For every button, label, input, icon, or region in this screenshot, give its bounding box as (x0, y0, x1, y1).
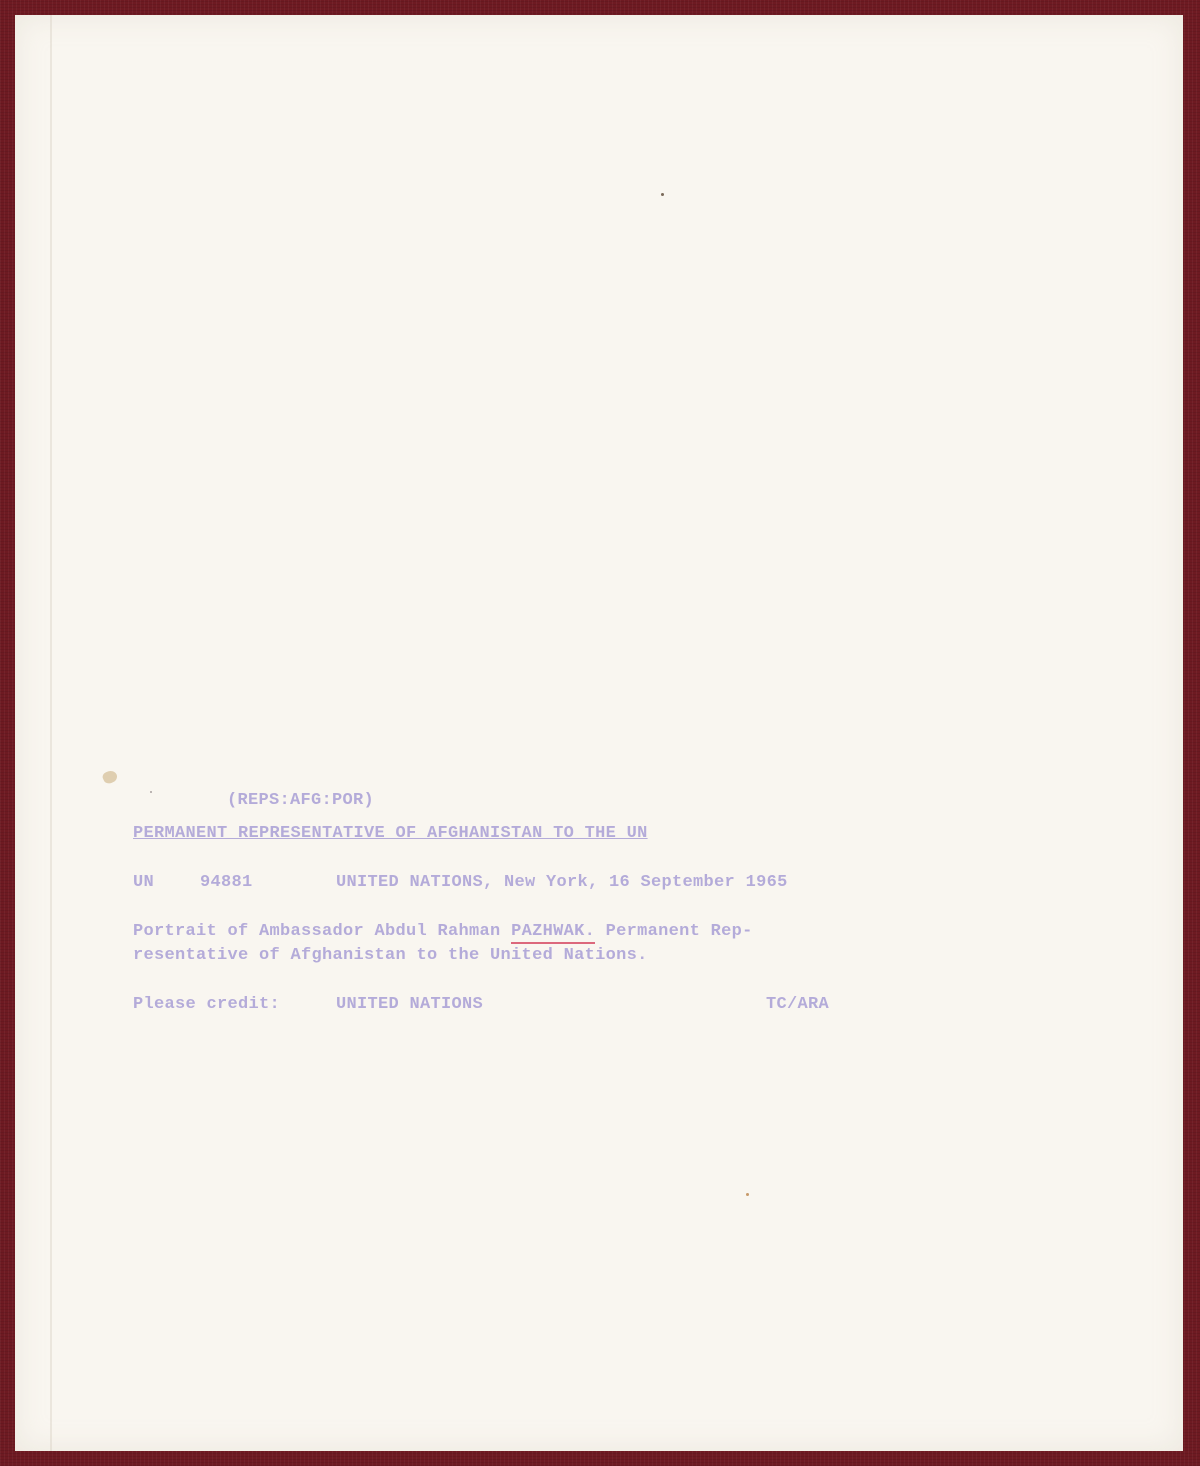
agency-label: UN (133, 873, 154, 892)
caption-text: Portrait of Ambassador Abdul Rahman (133, 922, 511, 941)
photo-back-paper (15, 15, 1183, 1451)
paper-stain (101, 769, 119, 786)
typist-initials: TC/ARA (766, 995, 829, 1014)
paper-speck (746, 1193, 749, 1196)
caption-line-1: Portrait of Ambassador Abdul Rahman PAZH… (133, 922, 753, 941)
paper-crease (50, 15, 52, 1451)
reference-code: (REPS:AFG:POR) (227, 791, 374, 810)
paper-speck (150, 791, 152, 793)
subject-name: PAZHWAK. (511, 922, 595, 944)
photo-number: 94881 (200, 873, 253, 892)
caption-heading: PERMANENT REPRESENTATIVE OF AFGHANISTAN … (133, 824, 648, 843)
credit-label: Please credit: (133, 995, 280, 1014)
caption-line-2: resentative of Afghanistan to the United… (133, 946, 648, 965)
dateline: UNITED NATIONS, New York, 16 September 1… (336, 873, 788, 892)
paper-speck (661, 193, 664, 196)
credit-value: UNITED NATIONS (336, 995, 483, 1014)
caption-text: Permanent Rep- (595, 922, 753, 941)
